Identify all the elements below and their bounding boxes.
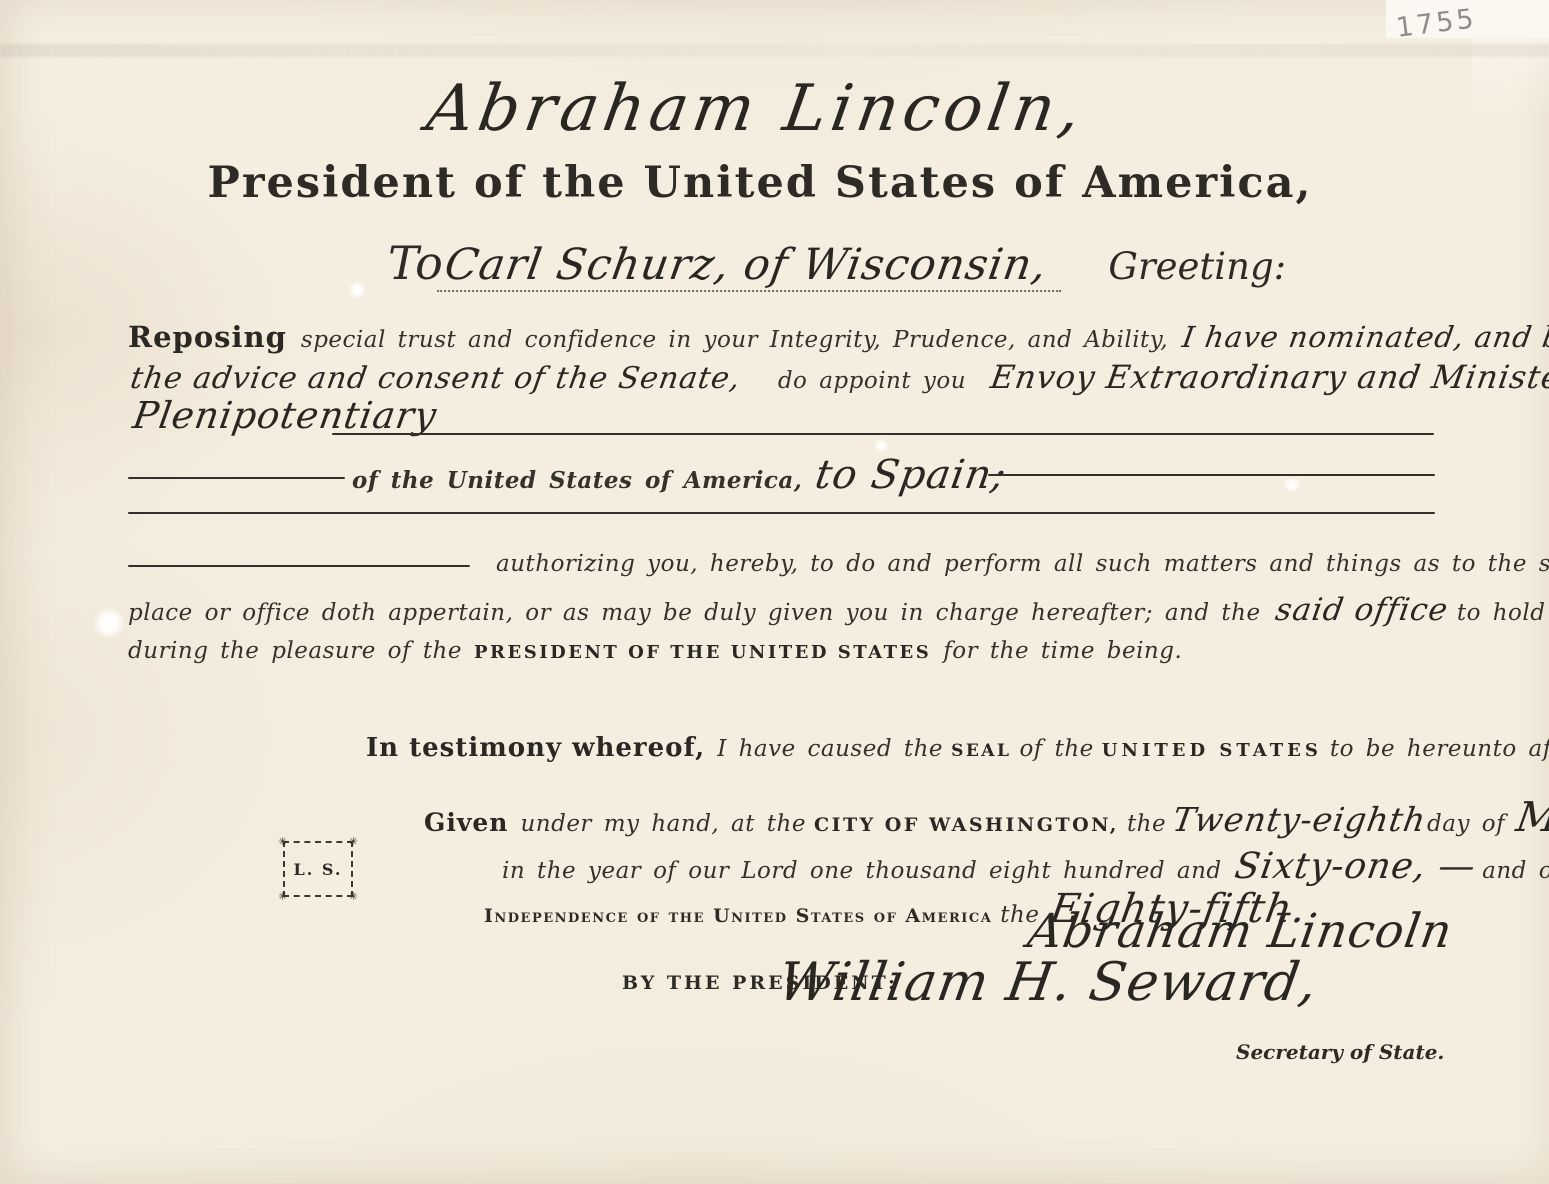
- seal-corner-star-icon: ✳: [349, 891, 358, 902]
- printed-text-8: for the time being.: [943, 638, 1182, 664]
- printed-text-6: to hold and exercise: [1457, 600, 1549, 626]
- reposing-word: Reposing: [128, 320, 287, 354]
- grant-line-2: the advice and consent of the Senate, do…: [128, 358, 1549, 396]
- paper-fleck: [874, 440, 888, 452]
- handwritten-insert-3: Envoy Extraordinary and Minister: [988, 358, 1549, 396]
- city-of-washington: CITY OF WASHINGTON,: [814, 814, 1119, 836]
- given-line-1: Given under my hand, at the CITY OF WASH…: [424, 793, 1549, 841]
- grant-line-6: place or office doth appertain, or as ma…: [128, 592, 1549, 628]
- grant-line-4: of the United States of America, to Spai…: [352, 452, 1003, 498]
- seal-box: ✳ ✳ ✳ ✳ L. S.: [283, 841, 353, 897]
- printed-text-2: do appoint you: [778, 368, 966, 394]
- salutation-line: To Carl Schurz, of Wisconsin, Greeting:: [388, 236, 1286, 292]
- printed-text-5: place or office doth appertain, or as ma…: [128, 600, 1261, 626]
- given-text-2: the: [1127, 811, 1166, 837]
- seal-corner-star-icon: ✳: [349, 836, 358, 847]
- salutation-greeting: Greeting:: [1108, 245, 1286, 288]
- given-text-5: and of the: [1482, 858, 1549, 884]
- testimony-line: In testimony whereof, I have caused the …: [366, 733, 1549, 763]
- seward-signature-text: William H. Seward,: [774, 952, 1322, 1013]
- given-text-4: in the year of our Lord one thousand eig…: [502, 858, 1222, 884]
- scanned-commission-document: 1755 Abraham Lincoln, President of the U…: [0, 0, 1549, 1184]
- grant-line-1: Reposing special trust and confidence in…: [128, 320, 1549, 354]
- handwritten-insert-4: Plenipotentiary: [130, 394, 440, 437]
- ls-label: L. S.: [294, 860, 343, 879]
- independence-text: Independence of the United States of Ame…: [484, 905, 992, 927]
- seal-corner-star-icon: ✳: [278, 891, 287, 902]
- united-states-word: UNITED STATES: [1102, 740, 1322, 761]
- blank-rule-4: [128, 512, 1435, 514]
- handwritten-insert-5: to Spain;: [812, 452, 1010, 498]
- seal-corner-star-icon: ✳: [278, 836, 287, 847]
- testimony-text-2: of the: [1019, 736, 1093, 762]
- printed-text-3: of the United States of America,: [352, 467, 802, 494]
- president-of-us-display: PRESIDENT OF THE UNITED STATES: [474, 642, 931, 663]
- secretary-of-state-label: Secretary of State.: [1236, 1040, 1444, 1064]
- handwritten-insert-1: I have nominated, and by and with: [1180, 320, 1549, 354]
- signature-seward: William H. Seward,: [774, 952, 1313, 1013]
- document-subtitle: President of the United States of Americ…: [0, 158, 1520, 208]
- paper-fleck: [1284, 478, 1300, 492]
- paper-fleck: [348, 282, 366, 298]
- testimony-text-3: to be hereunto affixed.: [1330, 736, 1549, 762]
- paper-crease: [0, 44, 1549, 57]
- signature-lincoln: Abraham Lincoln: [1024, 904, 1448, 959]
- handwritten-month: March: [1513, 793, 1549, 841]
- handwritten-year: Sixty-one, —: [1232, 846, 1479, 887]
- blank-rule-1: [332, 433, 1434, 435]
- seal-word: SEAL: [951, 741, 1011, 761]
- title-text: Abraham Lincoln,: [422, 72, 1091, 146]
- in-testimony-whereof: In testimony whereof,: [366, 733, 705, 763]
- grant-line-5: authorizing you, hereby, to do and perfo…: [496, 551, 1549, 577]
- lincoln-signature-text: Abraham Lincoln: [1024, 904, 1456, 959]
- handwritten-insert-6: said office: [1273, 592, 1451, 628]
- blank-rule-3: [988, 474, 1435, 476]
- document-title: Abraham Lincoln,: [0, 72, 1500, 146]
- handwritten-insert-2: the advice and consent of the Senate,: [128, 361, 743, 396]
- blank-rule-2: [128, 477, 345, 479]
- appointee-name: Carl Schurz, of Wisconsin,: [437, 240, 1069, 292]
- printed-text-1: special trust and confidence in your Int…: [301, 327, 1168, 353]
- handwritten-day: Twenty-eighth: [1170, 800, 1429, 839]
- grant-line-7: during the pleasure of the PRESIDENT OF …: [128, 638, 1182, 664]
- grant-line-3: Plenipotentiary: [130, 394, 433, 437]
- given-line-2: in the year of our Lord one thousand eig…: [502, 846, 1549, 887]
- printed-text-4: authorizing you, hereby, to do and perfo…: [496, 551, 1549, 577]
- given-word: Given: [424, 808, 508, 837]
- printed-text-7: during the pleasure of the: [128, 638, 462, 664]
- given-text-1: under my hand, at the: [520, 811, 806, 837]
- testimony-text-1: I have caused the: [717, 736, 943, 762]
- salutation-to: To: [388, 236, 443, 290]
- paper-fleck: [92, 608, 126, 638]
- blank-rule-5: [128, 565, 470, 567]
- given-text-3: day of: [1427, 811, 1505, 837]
